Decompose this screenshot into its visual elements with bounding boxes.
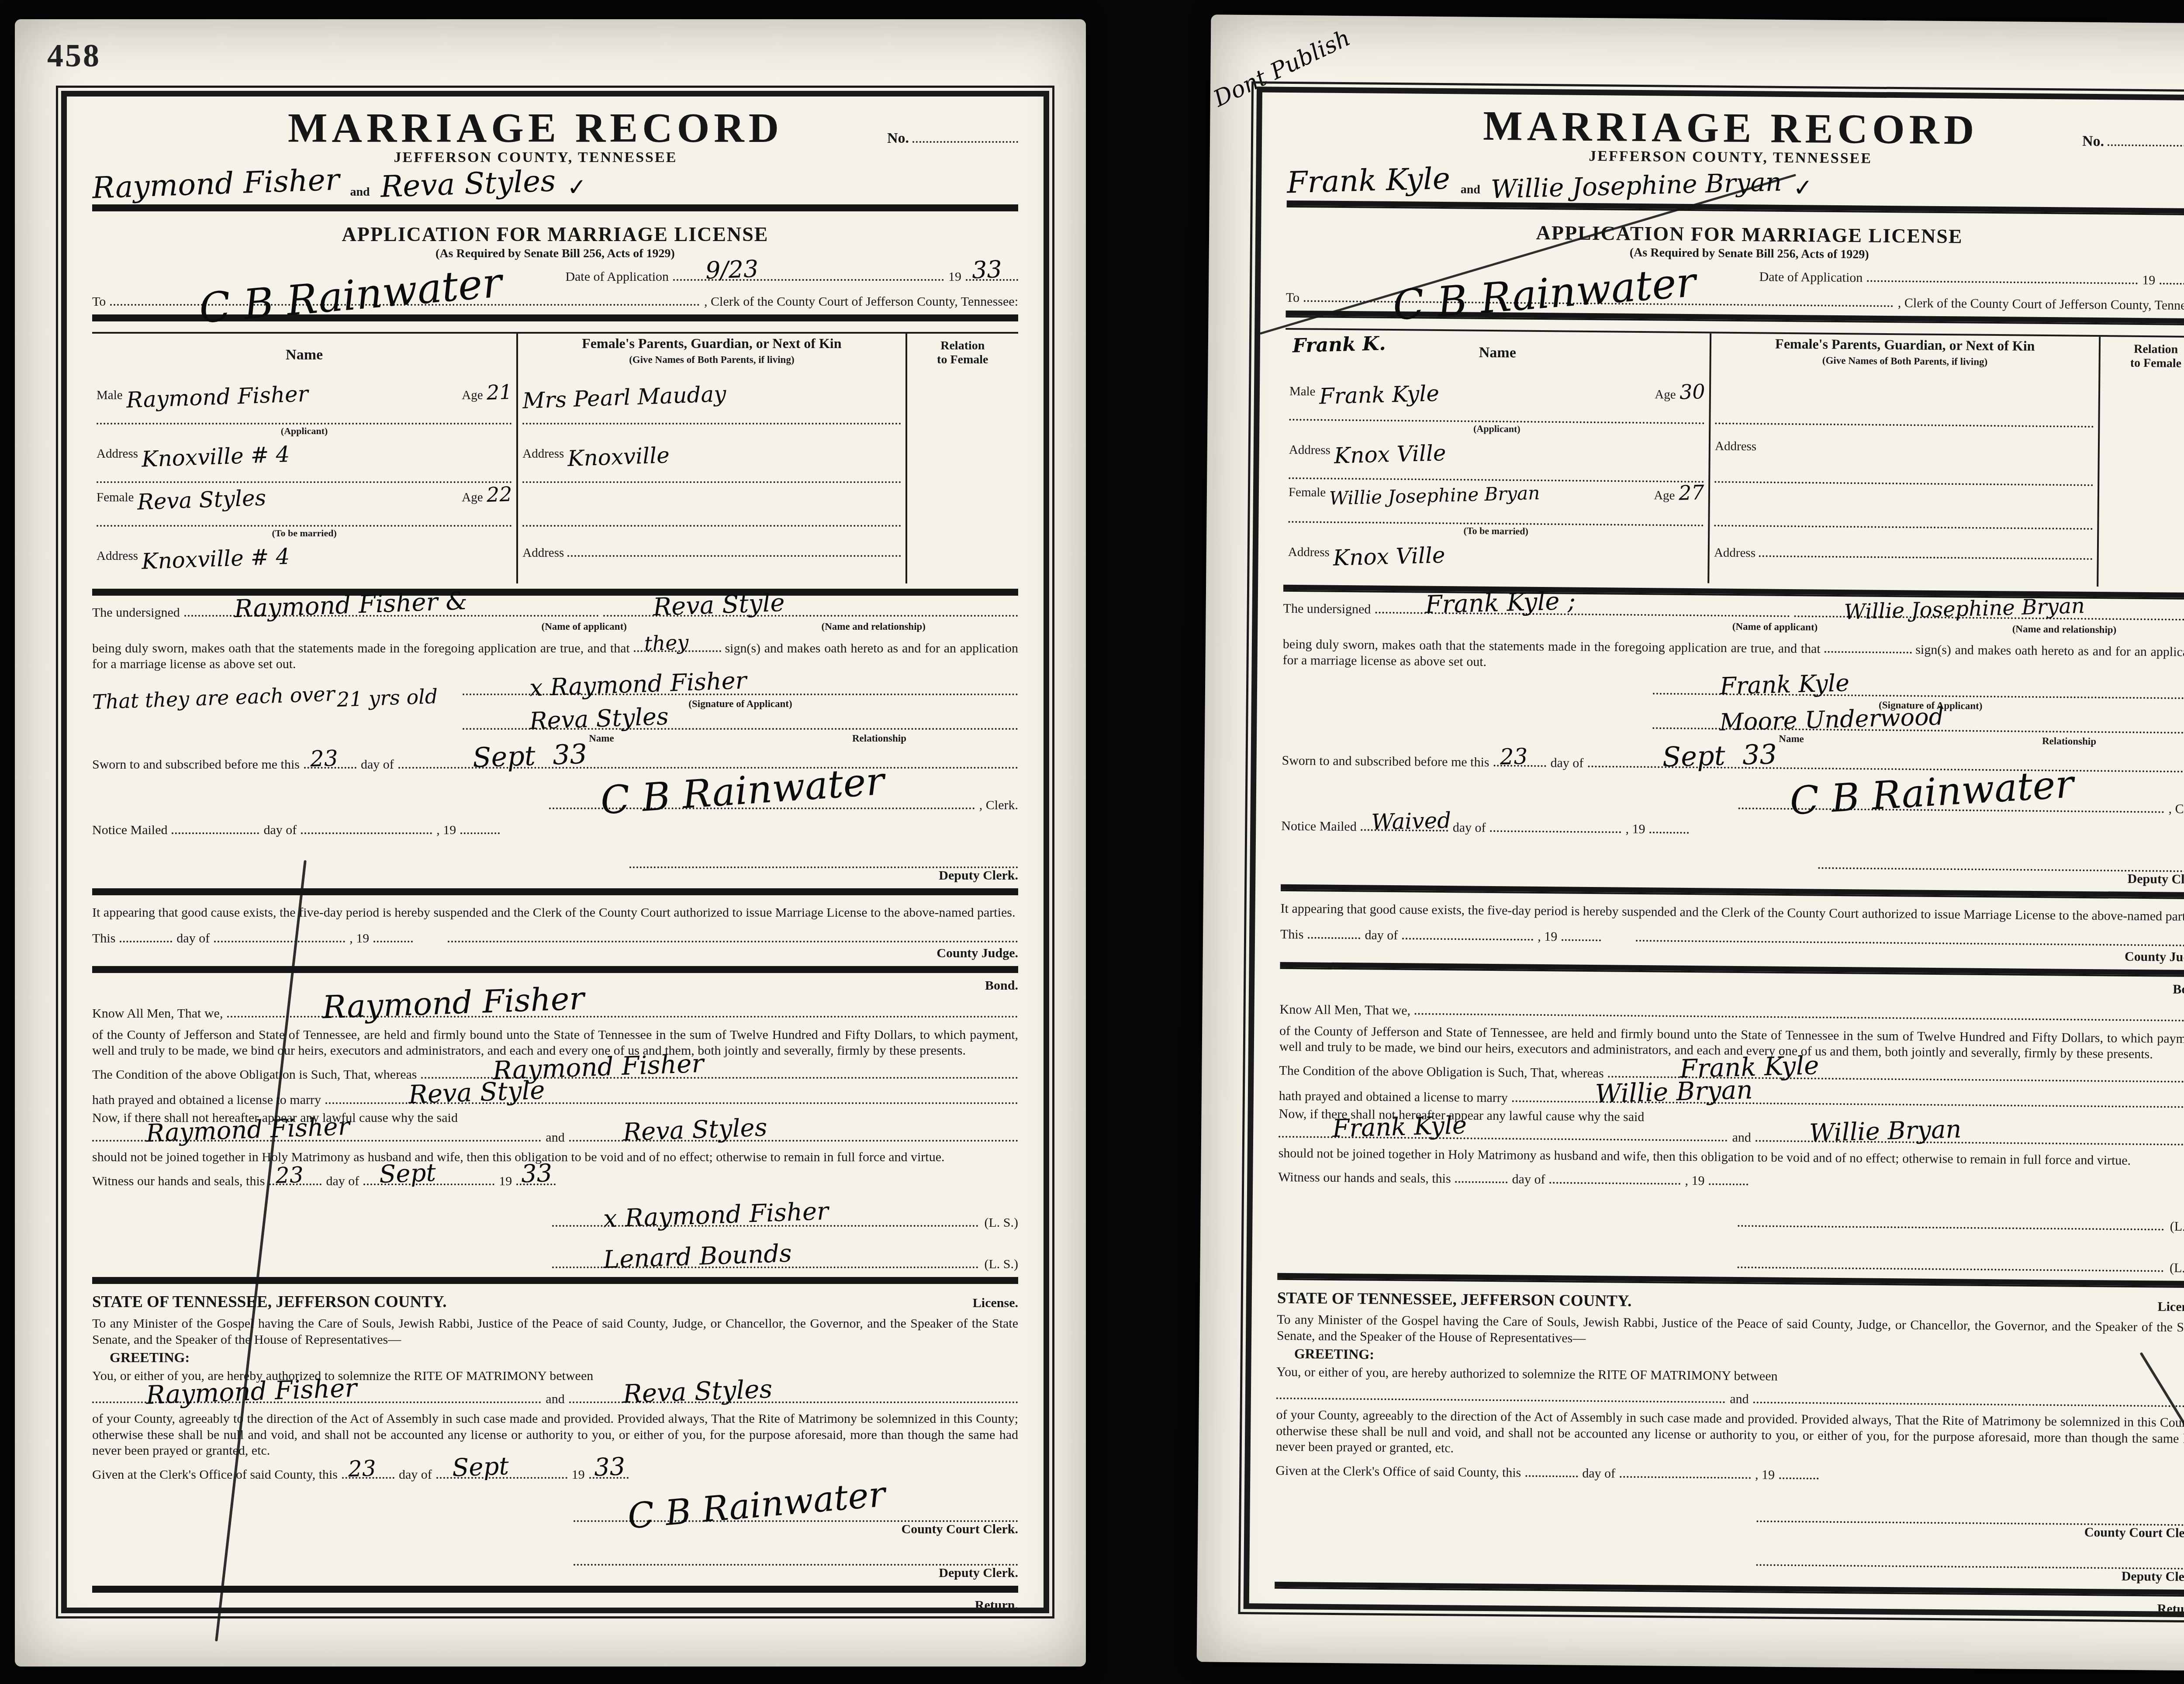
given-day: 23	[348, 1457, 377, 1480]
suspend-paragraph: It appearing that good cause exists, the…	[1280, 901, 2184, 925]
witness-day: 23	[275, 1164, 304, 1187]
heavy-rule	[92, 888, 1018, 895]
sworn-month-year: Sept 33	[1662, 741, 1777, 771]
marry-name: Reva Style	[408, 1077, 545, 1108]
age-label: Age	[462, 490, 483, 505]
male-label: Male	[1289, 384, 1316, 399]
know-all-row: Know All Men, That we, Raymond Fisher	[92, 997, 1018, 1021]
given-month: Sept	[452, 1454, 509, 1480]
record-number: No.	[887, 125, 1018, 147]
given-month-blank: Sept	[436, 1463, 567, 1479]
given-year-blank	[1779, 1464, 1818, 1480]
and-label: and	[1461, 183, 1480, 197]
undersigned-blank-a: Frank Kyle ;	[1375, 598, 1790, 617]
couple-names: Raymond Fisher and Reva Styles ✓	[92, 169, 1018, 199]
oath-text-1: being duly sworn, makes oath that the st…	[1283, 637, 1821, 656]
kin-blank-row	[1714, 483, 2093, 530]
notice-mailed-row: Notice Mailed day of , 19	[92, 819, 1018, 838]
address-label: Address	[1289, 443, 1330, 458]
condition-label: The Condition of the above Obligation is…	[92, 1067, 417, 1082]
clerk-signature-row: C B Rainwater , Clerk.	[92, 790, 1018, 813]
couple-names: Frank Kyle and Willie Josephine Bryan ✓	[1287, 166, 2184, 203]
to-blank: C B Rainwater	[110, 290, 700, 306]
auth-groom-blank	[1276, 1380, 1726, 1403]
given-month-blank	[1620, 1462, 1751, 1479]
greeting-label: GREETING:	[110, 1349, 1018, 1366]
day-of-label: day of	[399, 1467, 432, 1482]
bride-name-heading: Willie Josephine Bryan	[1490, 169, 1782, 202]
witness-day-blank	[1455, 1167, 1508, 1184]
heavy-rule	[92, 204, 1018, 211]
oath-text-1: being duly sworn, makes oath that the st…	[92, 641, 630, 655]
deputy-blank-2	[574, 1550, 1018, 1566]
kin-header-text: Female's Parents, Guardian, or Next of K…	[582, 335, 841, 351]
kin-address	[1760, 450, 2093, 459]
scanned-marriage-record-book: { "form": { "title": "MARRIAGE RECORD", …	[0, 0, 2184, 1684]
bond-label: Bond.	[1280, 974, 2184, 997]
this-label: This	[92, 931, 115, 946]
signature-column: Frank Kyle (Signature of Applicant) Moor…	[1652, 683, 2184, 749]
female-address-row: Address Knox Ville	[1288, 538, 1704, 583]
kin-header-sub: (Give Names of Both Parents, if living)	[1716, 354, 2094, 369]
undersigned-blank-b: Willie Josephine Bryan	[1794, 601, 2184, 621]
address-label: Address	[97, 549, 138, 563]
notice-blank-1: Waived	[1361, 815, 1448, 832]
seal-row-1: (L. S.)	[1278, 1204, 2184, 1234]
female-label: Female	[97, 490, 134, 505]
undersigned-label: The undersigned	[92, 605, 180, 620]
suspend-paragraph: It appearing that good cause exists, the…	[92, 905, 1018, 921]
witness-year-blank: 33	[516, 1170, 556, 1186]
should-paragraph: should not be joined together in Holy Ma…	[92, 1149, 1018, 1166]
solemn-year: 33	[1939, 1612, 1969, 1618]
seal-row-2: (L. S.)	[1277, 1246, 2184, 1276]
col-kin-header: Female's Parents, Guardian, or Next of K…	[1715, 335, 2094, 384]
notice-blank-1	[172, 819, 259, 835]
state-heading: STATE OF TENNESSEE, JEFFERSON COUNTY.	[92, 1293, 446, 1311]
hath-label: hath prayed and obtained a license to ma…	[1279, 1089, 1508, 1106]
clerk-suffix: , Clerk.	[979, 798, 1018, 813]
heavy-rule	[1287, 200, 2184, 215]
and-label: and	[350, 185, 370, 199]
oath-paragraph: being duly sworn, makes oath that the st…	[92, 637, 1018, 673]
heavy-rule	[1281, 884, 2184, 899]
female-age: 22	[486, 484, 512, 505]
given-label: Given at the Clerk's Office of said Coun…	[92, 1467, 338, 1482]
clerk-of-court-label: , Clerk of the County Court of Jefferson…	[1898, 296, 2184, 313]
year-prefix: 19	[499, 1174, 512, 1189]
kin-address2-row: Address	[522, 542, 901, 583]
female-address: Knoxville # 4	[141, 538, 512, 573]
date-blank: 9/23	[673, 265, 944, 281]
second-name-blank: Moore Underwood	[1652, 718, 2184, 734]
notice-blank-2	[301, 819, 432, 835]
minister-paragraph: To any Minister of the Gospel having the…	[1277, 1312, 2184, 1352]
notice-blank-3	[1649, 818, 1689, 834]
address-label: Address	[97, 447, 138, 461]
notice-blank-3	[460, 819, 500, 835]
comma-19: , 19	[1538, 929, 1557, 944]
witness-month-blank: Sept	[363, 1170, 494, 1186]
witness-month: Sept	[379, 1161, 436, 1187]
undersigned-row: The undersigned Raymond Fisher & Reva St…	[92, 601, 1018, 620]
relation-header-1: Relation	[912, 339, 1014, 353]
state-license-row: STATE OF TENNESSEE, JEFFERSON COUNTY. Li…	[1277, 1289, 2184, 1315]
address-label: Address	[1288, 545, 1330, 560]
oath-note	[1282, 680, 1653, 743]
relation-header-2: to Female	[912, 353, 1014, 367]
oath-note: That they are each over 21 yrs old	[92, 683, 463, 744]
witness-month-blank	[1549, 1168, 1680, 1185]
date-blank	[1867, 266, 2138, 284]
male-address-row: Address Knoxville # 4	[97, 439, 512, 483]
this-year-blank	[1562, 925, 1601, 941]
kin-address-row: Address Knoxville	[522, 439, 901, 483]
heavy-rule	[92, 1586, 1018, 1593]
know-all-label: Know All Men, That we,	[92, 1006, 223, 1021]
year-value: 33	[971, 258, 1002, 282]
col-kin: Female's Parents, Guardian, or Next of K…	[518, 334, 907, 583]
solemn-month: Sept	[608, 1610, 661, 1613]
col-name: Name Male Raymond Fisher Age 21 (Applica…	[92, 334, 518, 583]
seal-blank-2	[1738, 1249, 2164, 1272]
hath-blank: Reva Style	[325, 1088, 1018, 1104]
county-subtitle: JEFFERSON COUNTY, TENNESSEE	[184, 149, 887, 166]
seal-row-1: x Raymond Fisher (L. S.)	[92, 1208, 1018, 1230]
bride-name-heading: Reva Styles	[380, 166, 556, 202]
to-clerk-row: To C B Rainwater , Clerk of the County C…	[1286, 286, 2184, 314]
deputy-clerk-row	[92, 852, 1018, 868]
solemn-day: 26	[1687, 1612, 1714, 1618]
date-of-application-row: Date of Application 9/23 19 33	[92, 265, 1018, 284]
year-blank: 33	[966, 265, 1018, 281]
kin-name-row	[1715, 381, 2094, 428]
witness-label: Witness our hands and seals, this	[1278, 1170, 1451, 1186]
groom-name-heading: Frank Kyle	[1286, 164, 1450, 198]
hath-row: hath prayed and obtained a license to ma…	[92, 1088, 1018, 1108]
col-relation-header: Relation to Female	[912, 335, 1014, 381]
day-of-label: day of	[1512, 1172, 1545, 1187]
applicant-signature: Frank Kyle	[1719, 671, 1849, 698]
relationship-sub: Relationship	[1930, 735, 2184, 749]
clerk-of-court-label: , Clerk of the County Court of Jefferson…	[704, 294, 1018, 309]
relationship-sub: Relationship	[740, 733, 1018, 744]
solemnized-row: I solemnized the Rite of Matrimony betwe…	[1274, 1613, 2184, 1617]
male-row: Male Frank Kyle Age 30	[1289, 377, 1705, 424]
address-label: Address	[522, 447, 564, 461]
second-name-blank: Reva Styles	[463, 718, 1018, 730]
witness-day-blank: 23	[269, 1170, 321, 1186]
witness-row: Witness our hands and seals, this 23 day…	[92, 1170, 1018, 1189]
application-subtitle: (As Required by Senate Bill 256, Acts of…	[92, 247, 1018, 261]
undersigned-subs: (Name of applicant) (Name and relationsh…	[92, 620, 1018, 632]
ls-label: (L. S.)	[985, 1257, 1019, 1272]
given-row: Given at the Clerk's Office of said Coun…	[1275, 1459, 2184, 1486]
kin-header-sub: (Give Names of Both Parents, if living)	[522, 354, 901, 366]
oath-note-line1: That they are each over	[92, 684, 335, 712]
this-label: This	[1280, 927, 1304, 942]
col-name: Frank K. Name Male Frank Kyle Age 30 (Ap…	[1283, 330, 1711, 583]
groom-name-heading: Raymond Fisher	[92, 165, 340, 204]
to-blank: C B Rainwater	[1304, 286, 1894, 307]
seal-row-2: Lenard Bounds (L. S.)	[92, 1249, 1018, 1272]
male-row: Male Raymond Fisher Age 21	[97, 381, 512, 424]
year-prefix: 19	[572, 1467, 585, 1482]
given-year-blank: 33	[589, 1463, 629, 1479]
female-address: Knox Ville	[1333, 538, 1704, 569]
col-relation: Relation to Female	[907, 334, 1018, 583]
seal-blank-1: x Raymond Fisher	[552, 1208, 978, 1227]
header: MARRIAGE RECORD JEFFERSON COUNTY, TENNES…	[92, 108, 1018, 166]
name-relationship-sub: (Name and relationship)	[1920, 622, 2184, 636]
heavy-rule	[92, 1277, 1018, 1284]
page-title: MARRIAGE RECORD	[184, 108, 887, 148]
page-number: 458	[47, 38, 101, 75]
notice-mailed-label: Notice Mailed	[1281, 819, 1357, 835]
applicant-signature: x Raymond Fisher	[529, 669, 747, 700]
second-name-signature: Reva Styles	[529, 705, 669, 733]
hath-label: hath prayed and obtained a license to ma…	[92, 1093, 321, 1108]
col-relation-header: Relation to Female	[2105, 338, 2184, 385]
undersigned-blank-b: Reva Style	[603, 601, 1018, 617]
court-clerk-sig-row: C B Rainwater	[92, 1503, 1018, 1522]
now-groom: Raymond Fisher	[146, 1115, 350, 1146]
no-blank	[2108, 128, 2184, 147]
address-label: Address	[1714, 545, 1755, 560]
applicants-table: Frank K. Name Male Frank Kyle Age 30 (Ap…	[1283, 328, 2184, 587]
day-of-label: day of	[1453, 820, 1486, 835]
sworn-day-blank: 23	[304, 753, 356, 769]
female-row: Female Reva Styles Age 22	[97, 483, 512, 527]
male-name: Raymond Fisher	[126, 378, 459, 411]
applicant-signature-block: Frank Kyle (Signature of Applicant) Moor…	[1282, 680, 2184, 748]
auth-bride-blank: Reva Styles	[569, 1384, 1018, 1403]
kin-address-row: Address	[1714, 439, 2093, 487]
return-label: Return.	[1275, 1594, 2184, 1616]
form-frame: MARRIAGE RECORD JEFFERSON COUNTY, TENNES…	[56, 86, 1054, 1618]
deputy-blank	[629, 852, 1018, 868]
now-bride: Reva Styles	[622, 1115, 767, 1145]
now-bride: Willie Bryan	[1809, 1117, 1962, 1146]
this-month-blank	[1402, 924, 1533, 941]
col-kin: Female's Parents, Guardian, or Next of K…	[1709, 334, 2100, 587]
address-label: Address	[522, 546, 564, 560]
sworn-month-blank: Sept 33	[1588, 752, 2184, 773]
kin-address2-row: Address	[1714, 542, 2092, 587]
oath-blank	[1824, 637, 1911, 653]
check-mark: ✓	[567, 175, 587, 200]
and-label: and	[1730, 1392, 1749, 1407]
no-blank	[912, 125, 1018, 143]
year-blank	[2160, 269, 2184, 285]
day-of-label: day of	[326, 1174, 359, 1189]
authorize-names-row: Raymond Fisher and Reva Styles	[92, 1384, 1018, 1407]
county-paragraph: of your County, agreeably to the directi…	[1276, 1407, 2184, 1463]
female-row: Female Willie Josephine Bryan Age 27	[1288, 479, 1704, 526]
given-day-blank: 23	[342, 1463, 394, 1479]
applicant-sub: (Applicant)	[97, 424, 512, 439]
year-prefix: 19	[948, 269, 961, 284]
undersigned-blank-a: Raymond Fisher &	[184, 601, 599, 617]
county-paragraph: of your County, agreeably to the directi…	[92, 1411, 1018, 1459]
to-clerk-row: To C B Rainwater , Clerk of the County C…	[92, 290, 1018, 310]
applicant-signature-blank: Frank Kyle	[1653, 683, 2184, 699]
comma-19: , 19	[349, 931, 369, 946]
seal-signature-1: x Raymond Fisher	[603, 1199, 829, 1232]
male-age: 21	[486, 382, 512, 403]
applicants-table: Name Male Raymond Fisher Age 21 (Applica…	[92, 332, 1018, 583]
relation-header-1: Relation	[2105, 342, 2184, 357]
sworn-day-blank: 23	[1493, 751, 1546, 767]
now-names-row: Raymond Fisher and Reva Styles	[92, 1126, 1018, 1146]
witness-label: Witness our hands and seals, this	[92, 1174, 265, 1189]
male-name: Frank Kyle	[1319, 377, 1652, 407]
witness-year-blank	[1709, 1170, 1748, 1185]
col-relation: Relation to Female	[2098, 337, 2184, 587]
heavy-rule	[1277, 1273, 2184, 1288]
sworn-month-year: Sept 33	[472, 740, 587, 771]
clerk-signature-blank: C B Rainwater	[1738, 790, 2164, 813]
solemn-month: Sept	[1790, 1611, 1844, 1618]
state-heading: STATE OF TENNESSEE, JEFFERSON COUNTY.	[1277, 1289, 1632, 1311]
date-label: Date of Application	[1759, 269, 1863, 285]
sworn-month-blank: Sept 33	[398, 753, 1018, 769]
notice-blank-2	[1490, 817, 1621, 833]
now-bride-blank: Reva Styles	[569, 1126, 1018, 1142]
notice-waived: Waived	[1371, 809, 1451, 833]
given-year: 33	[594, 1455, 625, 1480]
given-day-blank	[1525, 1461, 1578, 1477]
day-of-label: day of	[176, 931, 210, 946]
given-label: Given at the Clerk's Office of said Coun…	[1275, 1463, 1521, 1480]
clerk-signature: C B Rainwater	[1789, 765, 2075, 821]
notice-mailed-label: Notice Mailed	[92, 823, 167, 838]
second-name-signature: Moore Underwood	[1719, 705, 1944, 734]
comma-19: , 19	[1625, 822, 1645, 837]
oath-signs: sign(s) and makes	[725, 641, 820, 655]
female-age: 27	[1678, 482, 1704, 503]
kin-address2-blank	[1759, 542, 2093, 560]
applicant-signature-block: That they are each over 21 yrs old x Ray…	[92, 683, 1018, 744]
day-of-label: day of	[1550, 756, 1583, 771]
minister-paragraph: To any Minister of the Gospel having the…	[92, 1316, 1018, 1348]
bond-principal: Raymond Fisher	[322, 982, 585, 1023]
page-title: MARRIAGE RECORD	[1379, 105, 2083, 151]
kin-blank-row	[522, 483, 901, 527]
day-of-label: day of	[263, 823, 297, 838]
date-label: Date of Application	[565, 269, 669, 284]
seal-signature-2: Lenard Bounds	[603, 1242, 792, 1273]
comma-19: , 19	[1755, 1468, 1775, 1483]
heavy-rule	[92, 589, 1018, 596]
now-groom-blank: Frank Kyle	[1279, 1122, 1728, 1141]
no-label: No.	[887, 130, 909, 147]
col-kin-header: Female's Parents, Guardian, or Next of K…	[522, 335, 901, 381]
kin-name: Mrs Pearl Mauday	[522, 377, 902, 412]
deputy-row-2	[92, 1550, 1018, 1566]
sworn-label: Sworn to and subscribed before me this	[1282, 753, 1489, 770]
heavy-rule	[1280, 962, 2184, 977]
judge-blank	[1636, 926, 2184, 946]
now-groom-blank: Raymond Fisher	[92, 1126, 541, 1142]
auth-groom: Raymond Fisher	[146, 1375, 358, 1408]
undersigned-name-b: Willie Josephine Bryan	[1844, 595, 2085, 622]
deputy-clerk-label-2: Deputy Clerk.	[92, 1566, 1018, 1580]
should-paragraph: should not be joined together in Holy Ma…	[1279, 1146, 2184, 1170]
female-address-row: Address Knoxville # 4	[97, 542, 512, 583]
know-all-row: Know All Men, That we,	[1279, 994, 2184, 1025]
ls-label: (L. S.)	[2170, 1219, 2184, 1235]
auth-bride: Reva Styles	[622, 1376, 773, 1407]
female-label: Female	[1289, 485, 1326, 500]
kin-name-row: Mrs Pearl Mauday	[522, 381, 901, 424]
know-all-label: Know All Men, That we,	[1279, 1002, 1410, 1018]
applicant-signature-blank: x Raymond Fisher	[463, 683, 1018, 695]
sworn-day: 23	[1500, 745, 1528, 768]
sworn-label: Sworn to and subscribed before me this	[92, 757, 300, 772]
county-court-clerk-label: County Court Clerk.	[92, 1522, 1018, 1537]
address-label: Address	[1715, 439, 1756, 454]
day-of-label: day of	[361, 757, 394, 772]
relation-header-2: to Female	[2105, 356, 2184, 371]
application-title: APPLICATION FOR MARRIAGE LICENSE	[92, 223, 1018, 246]
day-of-label: day of	[1582, 1466, 1615, 1481]
undersigned-name-a: Frank Kyle ;	[1425, 589, 1576, 617]
comma-19: , 19	[436, 823, 456, 838]
record-number: No.	[2082, 128, 2184, 151]
solemn-year: 33	[757, 1610, 786, 1613]
marry-name: Willie Bryan	[1595, 1077, 1753, 1106]
check-mark: ✓	[1793, 176, 1813, 200]
know-all-blank	[1415, 994, 2184, 1021]
now-bride-blank: Willie Bryan	[1755, 1126, 2184, 1146]
name-relationship-sub: (Name and relationship)	[729, 621, 1019, 632]
clerk-suffix: , Clerk.	[2168, 801, 2184, 817]
oath-paragraph: being duly sworn, makes oath that the st…	[1282, 633, 2184, 676]
condition-row: The Condition of the above Obligation is…	[92, 1063, 1018, 1083]
state-license-row: STATE OF TENNESSEE, JEFFERSON COUNTY. Li…	[92, 1293, 1018, 1311]
witness-year: 33	[521, 1161, 553, 1187]
judge-blank	[448, 927, 1018, 942]
male-address: Knox Ville	[1334, 435, 1704, 467]
kin-address2-blank	[567, 542, 901, 556]
age-label: Age	[462, 388, 483, 403]
this-year-blank	[373, 927, 413, 942]
notice-mailed-row: Notice Mailed Waived day of , 19	[1281, 815, 2184, 842]
solemnized-label: I solemnized the Rite of Matrimony betwe…	[1274, 1617, 1676, 1618]
age-label: Age	[1655, 387, 1676, 402]
header: MARRIAGE RECORD JEFFERSON COUNTY, TENNES…	[1287, 104, 2184, 170]
witness-row: Witness our hands and seals, this day of…	[1278, 1166, 2184, 1193]
clerk-signature-blank: C B Rainwater	[549, 790, 975, 809]
female-name: Willie Josephine Bryan	[1329, 481, 1651, 508]
ls-label: (L. S.)	[985, 1215, 1019, 1230]
and-label: and	[1732, 1130, 1751, 1145]
col-name-header: Frank K. Name	[1289, 331, 1705, 380]
page-458: 458 MARRIAGE RECORD JEFFERSON COUNTY, TE…	[15, 19, 1086, 1667]
solemn-day: 23	[505, 1612, 532, 1613]
male-label: Male	[97, 388, 123, 403]
this-day-blank	[1308, 923, 1360, 939]
year-prefix: 19	[2142, 273, 2155, 288]
seal-blank-2: Lenard Bounds	[552, 1249, 978, 1268]
to-be-married-sub: (To be married)	[97, 527, 512, 542]
license-label: License.	[973, 1296, 1018, 1311]
kin-address: Knoxville	[567, 436, 902, 470]
oath-note-line2: 21 yrs old	[336, 686, 438, 710]
comma-19: , 19	[1685, 1173, 1704, 1188]
now-groom: Frank Kyle	[1332, 1113, 1467, 1141]
